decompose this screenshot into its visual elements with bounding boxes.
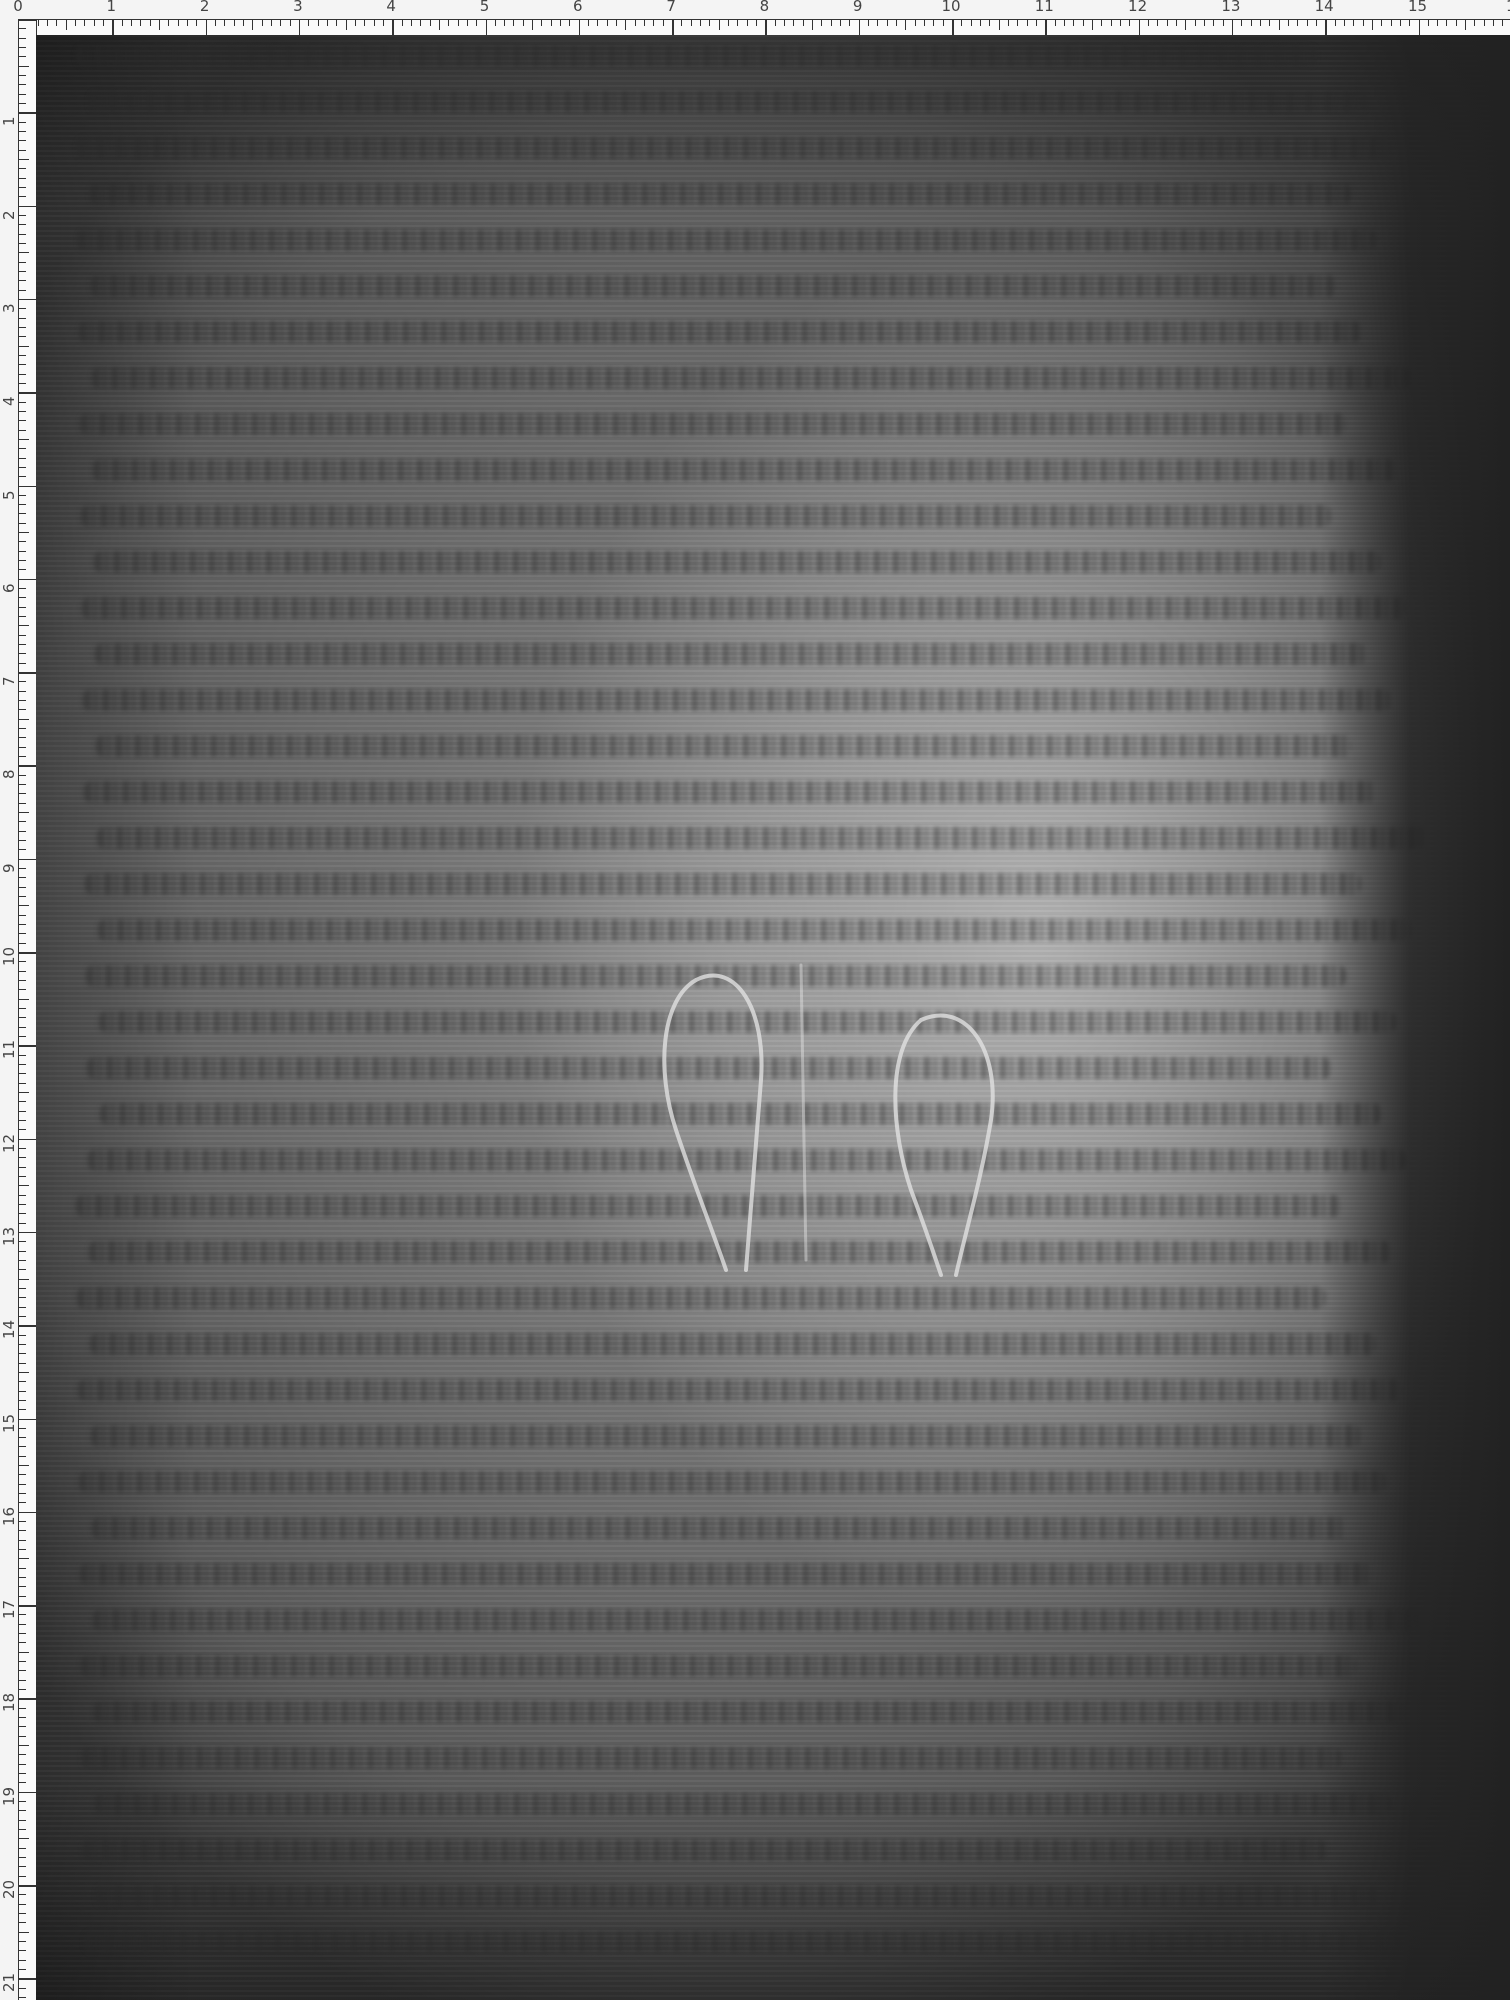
ruler-tick [19, 663, 26, 664]
ruler-tick [19, 159, 29, 160]
ruler-tick [728, 20, 729, 26]
ruler-tick [215, 20, 216, 26]
ruler-label: 17 [2, 1600, 17, 1619]
manuscript-line [91, 275, 1336, 297]
ruler-tick [103, 20, 104, 26]
ruler-tick [19, 1446, 26, 1447]
ruler-tick [1493, 20, 1494, 26]
ruler-tick [1335, 20, 1336, 26]
ruler-tick [178, 20, 179, 26]
ruler-tick [859, 20, 861, 35]
ruler-tick [1204, 20, 1205, 26]
ruler-tick [19, 1670, 26, 1671]
ruler-tick [19, 355, 26, 356]
ruler-tick [290, 20, 291, 26]
ruler-tick [569, 20, 570, 26]
ruler-tick [448, 20, 449, 26]
ruler-tick [19, 989, 26, 990]
ruler-tick [19, 999, 29, 1000]
ruler-tick [271, 20, 272, 26]
ruler-tick [19, 1894, 26, 1895]
ruler-tick [19, 803, 26, 804]
ruler-tick [94, 20, 95, 26]
ruler-tick [19, 831, 26, 832]
ruler-tick [19, 1027, 26, 1028]
ruler-tick [19, 1782, 26, 1783]
ruler-tick [19, 346, 29, 347]
page-edge-shadow [1320, 35, 1510, 2000]
ruler-tick [19, 1381, 26, 1382]
ruler-tick [458, 20, 459, 26]
ruler-label: 1 [2, 117, 17, 127]
ruler-tick [19, 1558, 29, 1559]
ruler-tick [19, 1297, 26, 1298]
ruler-tick [19, 1661, 26, 1662]
ruler-tick [19, 1335, 26, 1336]
manuscript-line [94, 1701, 1406, 1723]
ruler-tick [19, 1251, 26, 1252]
ruler-tick [1232, 20, 1234, 35]
manuscript-line [82, 597, 1406, 619]
ruler-tick [19, 1857, 26, 1858]
ruler-label: 20 [2, 1880, 17, 1899]
ruler-tick [19, 196, 26, 197]
ruler-tick [905, 20, 906, 30]
ruler-tick [430, 20, 431, 26]
manuscript-line [76, 45, 1316, 67]
ruler-label: 12 [2, 1134, 17, 1153]
ruler-tick [19, 1969, 26, 1970]
ruler-tick [19, 1838, 29, 1839]
ruler-tick [19, 821, 26, 822]
manuscript-line [92, 1517, 1346, 1539]
ruler-tick [635, 20, 636, 26]
ruler-tick [19, 1941, 26, 1942]
ruler-tick [318, 20, 319, 26]
ruler-tick [597, 20, 598, 26]
ruler-tick [19, 681, 26, 682]
ruler-tick [709, 20, 710, 26]
ruler-tick [19, 1950, 26, 1951]
ruler-tick [19, 327, 26, 328]
ruler-tick [1241, 20, 1242, 26]
manuscript-line [77, 1287, 1326, 1309]
ruler-tick [19, 411, 26, 412]
ruler-tick [961, 20, 962, 26]
ruler-tick [19, 952, 36, 954]
manuscript-line [81, 505, 1331, 527]
manuscript-line [90, 183, 1351, 205]
ruler-tick [19, 691, 26, 692]
ruler-tick [1353, 20, 1354, 26]
ruler-tick [1027, 20, 1028, 26]
ruler-tick [19, 1932, 29, 1933]
ruler-tick [392, 20, 394, 35]
ruler-tick [19, 84, 26, 85]
manuscript-line [95, 643, 1366, 665]
ruler-label: 12 [1128, 0, 1147, 14]
ruler-label: 2 [2, 210, 17, 220]
ruler-label: 11 [1035, 0, 1054, 14]
ruler-tick [374, 20, 375, 26]
ruler-tick [1139, 20, 1141, 35]
ruler-tick [19, 1157, 26, 1158]
ruler-tick [19, 560, 26, 561]
ruler-tick [19, 840, 26, 841]
manuscript-line [98, 919, 1411, 941]
ruler-tick [756, 20, 757, 26]
ruler-tick [19, 1269, 26, 1270]
ruler-tick [19, 38, 26, 39]
ruler-label: 21 [2, 1973, 17, 1992]
ruler-tick [19, 1810, 26, 1811]
ruler-tick [999, 20, 1000, 30]
manuscript-line [91, 1425, 1361, 1447]
ruler-tick [1381, 20, 1382, 26]
ruler-tick [513, 20, 514, 26]
ruler-label: 4 [386, 0, 396, 14]
ruler-tick [19, 849, 26, 850]
ruler-tick [19, 1922, 26, 1923]
ruler-tick [19, 569, 26, 570]
ruler-tick [19, 1092, 29, 1093]
ruler-tick [19, 47, 26, 48]
ruler-tick [19, 1400, 26, 1401]
ruler-tick [1428, 20, 1429, 26]
ruler-tick [1073, 20, 1074, 26]
ruler-tick [19, 402, 26, 403]
ruler-tick [19, 971, 26, 972]
ruler-tick [821, 20, 822, 26]
ruler-tick [19, 430, 26, 431]
ruler-tick [19, 1745, 29, 1746]
ruler-tick [700, 20, 701, 26]
manuscript-line [92, 367, 1411, 389]
ruler-tick [19, 1391, 26, 1392]
ruler-tick [19, 1241, 26, 1242]
ruler-tick [19, 597, 26, 598]
ruler-tick [19, 1185, 29, 1186]
ruler-tick [1008, 20, 1009, 26]
ruler-tick [19, 541, 26, 542]
ruler-label: 18 [2, 1693, 17, 1712]
ruler-tick [1409, 20, 1410, 26]
ruler-tick [19, 495, 26, 496]
ruler-tick [971, 20, 972, 26]
ruler-label: 5 [2, 490, 17, 500]
ruler-tick [19, 1223, 26, 1224]
ruler-tick [19, 1344, 26, 1345]
manuscript-line [79, 1471, 1386, 1493]
ruler-tick [19, 775, 26, 776]
ruler-tick [19, 1988, 26, 1989]
ruler-tick [19, 1605, 36, 1607]
ruler-tick [560, 20, 561, 26]
ruler-tick [19, 374, 26, 375]
ruler-tick [19, 943, 26, 944]
manuscript-line [93, 459, 1396, 481]
ruler-tick [831, 20, 832, 26]
ruler-tick [803, 20, 804, 26]
ruler-tick [1157, 20, 1158, 26]
ruler-tick [19, 1008, 26, 1009]
ruler-tick [19, 1073, 26, 1074]
ruler-tick [19, 1484, 26, 1485]
ruler-tick [19, 1820, 26, 1821]
ruler-tick [19, 1652, 29, 1653]
ruler-tick [19, 1148, 26, 1149]
ruler-tick [19, 1885, 36, 1887]
ruler-tick [19, 1540, 26, 1541]
ruler-tick [19, 215, 26, 216]
ruler-tick [262, 20, 263, 26]
ruler-tick [1055, 20, 1056, 26]
ruler-tick [19, 150, 26, 151]
ruler-tick [19, 252, 29, 253]
ruler-tick [849, 20, 850, 26]
ruler-label: 14 [1315, 0, 1334, 14]
ruler-tick [579, 20, 581, 35]
ruler-tick [19, 1624, 26, 1625]
ruler-tick [19, 94, 26, 95]
manuscript-line [97, 827, 1426, 849]
ruler-tick [19, 1792, 36, 1794]
ruler-tick [19, 1978, 36, 1980]
ruler-tick [19, 1736, 26, 1737]
ruler-tick [66, 20, 67, 30]
ruler-tick [19, 1167, 26, 1168]
ruler-tick [19, 1419, 36, 1421]
ruler-tick [19, 1232, 36, 1234]
ruler-tick [19, 1288, 26, 1289]
ruler-tick [1465, 20, 1466, 30]
ruler-label: 8 [760, 0, 770, 14]
ruler-tick [1176, 20, 1177, 26]
ruler-label: 7 [666, 0, 676, 14]
ruler-tick [1148, 20, 1149, 26]
ruler-label: 3 [293, 0, 303, 14]
ruler-tick [1111, 20, 1112, 26]
manuscript-line [81, 1655, 1356, 1677]
manuscript-line [79, 321, 1361, 343]
ruler-tick [1083, 20, 1084, 26]
ruler-tick [19, 719, 29, 720]
manuscript-line [84, 781, 1376, 803]
ruler-tick [308, 20, 309, 26]
ruler-tick [19, 1848, 26, 1849]
ruler-tick [19, 1260, 26, 1261]
left-ruler [18, 19, 37, 2000]
ruler-tick [19, 793, 26, 794]
ruler-tick [980, 20, 981, 26]
ruler-tick [19, 448, 26, 449]
ruler-tick [504, 20, 505, 26]
ruler-tick [19, 653, 26, 654]
ruler-tick [19, 1279, 29, 1280]
ruler-tick [19, 737, 26, 738]
ruler-tick [19, 243, 26, 244]
ruler-tick [19, 271, 26, 272]
ruler-label: 11 [2, 1040, 17, 1059]
ruler-tick [19, 420, 26, 421]
ruler-tick [19, 1213, 26, 1214]
ruler-tick [1120, 20, 1121, 26]
ruler-tick [19, 1642, 26, 1643]
ruler-tick [1391, 20, 1392, 26]
ruler-label: 9 [2, 863, 17, 873]
ruler-label: 4 [2, 397, 17, 407]
ruler-tick [19, 1493, 26, 1494]
ruler-tick [1279, 20, 1280, 30]
ruler-tick [299, 20, 301, 35]
ruler-tick [551, 20, 552, 26]
ruler-label: 14 [2, 1320, 17, 1339]
ruler-tick [672, 20, 674, 35]
ruler-tick [1474, 20, 1475, 26]
ruler-tick [887, 20, 888, 26]
ruler-tick [476, 20, 477, 26]
ruler-tick [19, 868, 26, 869]
ruler-label: 2 [200, 0, 210, 14]
ruler-tick [19, 56, 26, 57]
ruler-tick [19, 1325, 36, 1327]
ruler-tick [112, 20, 114, 35]
ruler-tick [19, 504, 26, 505]
ruler-tick [532, 20, 533, 30]
ruler-tick [19, 1083, 26, 1084]
ruler-tick [19, 1997, 26, 1998]
ruler-tick [19, 1502, 26, 1503]
ruler-tick [588, 20, 589, 26]
ruler-tick [19, 1717, 26, 1718]
ruler-tick [1484, 20, 1485, 26]
ruler-tick [747, 20, 748, 26]
ruler-tick [84, 20, 85, 26]
ruler-tick [19, 1045, 36, 1047]
ruler-tick [327, 20, 328, 26]
ruler-tick [915, 20, 916, 26]
ruler-label: 8 [2, 770, 17, 780]
ruler-tick [1017, 20, 1018, 26]
ruler-tick [19, 859, 36, 861]
ruler-tick [19, 1353, 26, 1354]
ruler-tick [19, 1512, 36, 1514]
ruler-tick [56, 20, 57, 26]
ruler-tick [19, 1633, 26, 1634]
ruler-tick [1288, 20, 1289, 26]
ruler-tick [19, 122, 26, 123]
ruler-tick [625, 20, 626, 30]
ruler-tick [19, 1726, 26, 1727]
ruler-label: 13 [2, 1227, 17, 1246]
ruler-tick [280, 20, 281, 26]
ruler-tick [19, 1904, 26, 1905]
ruler-tick [19, 28, 26, 29]
ruler-tick [1260, 20, 1261, 26]
ruler-tick [19, 579, 36, 581]
ruler-tick [19, 877, 26, 878]
ruler-tick [793, 20, 794, 26]
ruler-tick [19, 262, 26, 263]
ruler-tick [19, 467, 26, 468]
ruler-tick [364, 20, 365, 26]
ruler-tick [19, 887, 26, 888]
manuscript-line [96, 735, 1351, 757]
ruler-tick [122, 20, 123, 26]
ruler-label: 5 [480, 0, 490, 14]
ruler-tick [775, 20, 776, 26]
ruler-tick [19, 1176, 26, 1177]
ruler-tick [1269, 20, 1270, 26]
ruler-tick [19, 747, 26, 748]
ruler-tick [19, 187, 26, 188]
ruler-tick [19, 280, 26, 281]
ruler-label: 6 [2, 583, 17, 593]
ruler-tick [19, 709, 26, 710]
ruler-tick [19, 896, 26, 897]
ruler-tick [196, 20, 197, 26]
ruler-tick [47, 20, 48, 26]
ruler-tick [19, 234, 26, 235]
ruler-tick [1167, 20, 1168, 26]
ruler-tick [19, 131, 26, 132]
ruler-tick [1456, 20, 1457, 26]
ruler-tick [1419, 20, 1421, 35]
ruler-tick [1446, 20, 1447, 26]
manuscript-scan [36, 35, 1510, 2000]
ruler-tick [19, 1139, 36, 1141]
ruler-tick [19, 1372, 29, 1373]
ruler-tick [19, 523, 26, 524]
ruler-tick [19, 336, 26, 337]
ruler-tick [19, 905, 29, 906]
ruler-tick [868, 20, 869, 26]
ruler-tick [1223, 20, 1224, 26]
ruler-tick [19, 625, 29, 626]
ruler-tick [150, 20, 151, 26]
ruler-tick [1036, 20, 1037, 26]
ruler-tick [19, 616, 26, 617]
ruler-label: 15 [2, 1413, 17, 1432]
ruler-tick [1101, 20, 1102, 26]
ruler-tick [19, 1064, 26, 1065]
ruler-label: 3 [2, 303, 17, 313]
ruler-tick [19, 439, 29, 440]
ruler-tick [719, 20, 720, 30]
ruler-tick [19, 1363, 26, 1364]
ruler-label: 0 [13, 0, 23, 14]
ruler-tick [19, 1316, 26, 1317]
ruler-tick [19, 513, 26, 514]
manuscript-line [85, 873, 1361, 895]
ruler-tick [383, 20, 384, 26]
ruler-tick [19, 458, 26, 459]
ruler-tick [19, 1680, 26, 1681]
ruler-label: 15 [1408, 0, 1427, 14]
ruler-tick [495, 20, 496, 26]
manuscript-line [95, 1793, 1391, 1815]
ruler-label: 10 [2, 947, 17, 966]
ruler-tick [877, 20, 878, 26]
ruler-tick [19, 784, 26, 785]
ruler-tick [19, 103, 26, 104]
ruler-tick [19, 915, 26, 916]
ruler-tick [812, 20, 813, 30]
ruler-tick [19, 476, 26, 477]
ruler-tick [19, 961, 26, 962]
ruler-tick [840, 20, 841, 26]
ruler-label: 1 [1506, 0, 1510, 14]
